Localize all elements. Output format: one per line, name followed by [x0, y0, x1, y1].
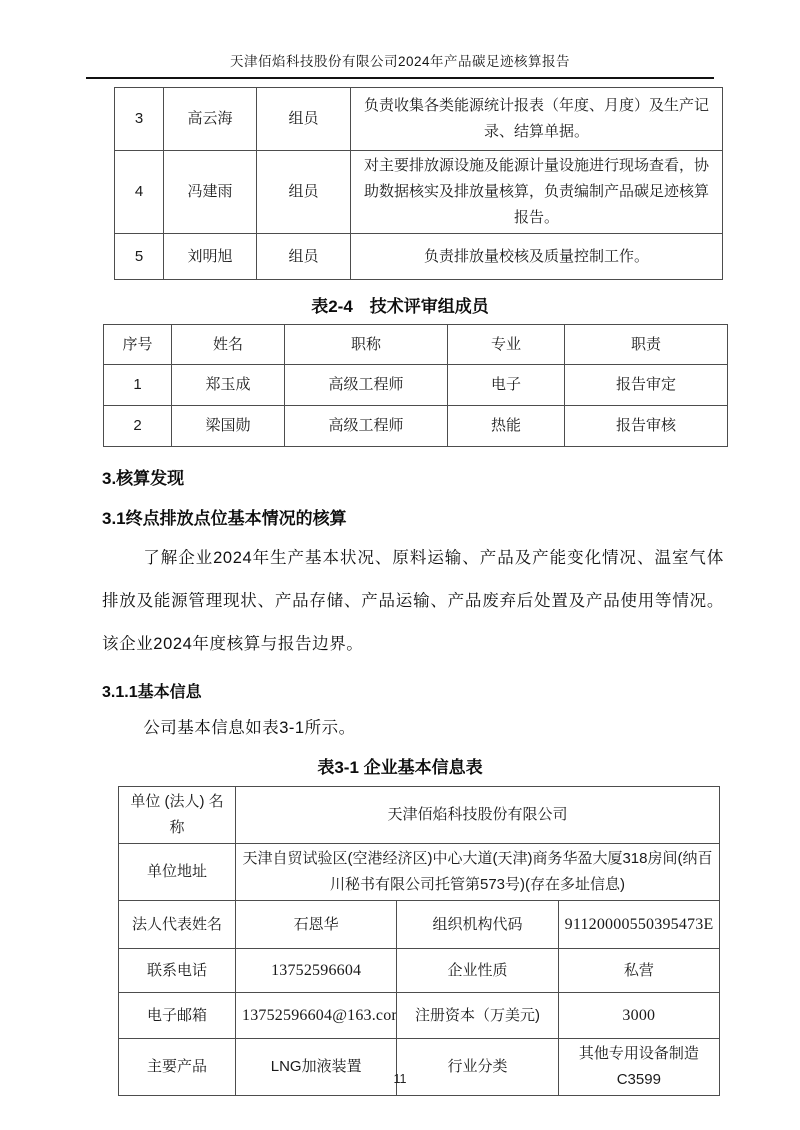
- company-info-table: 单位 (法人) 名称 天津佰焰科技股份有限公司 单位地址 天津自贸试验区(空港经…: [118, 786, 720, 1096]
- team-row-no: 4: [115, 151, 164, 234]
- company-label: 电子邮箱: [119, 993, 236, 1039]
- team-row-duty: 对主要排放源设施及能源计量设施进行现场查看，协助数据核实及排放量核算，负责编制产…: [351, 151, 723, 234]
- table-header-row: 序号 姓名 职称 专业 职责: [104, 325, 728, 365]
- company-label: 法人代表姓名: [119, 901, 236, 949]
- company-label: 主要产品: [119, 1039, 236, 1096]
- col-header-title: 职称: [285, 325, 448, 365]
- company-label: 单位 (法人) 名称: [119, 787, 236, 844]
- company-label: 组织机构代码: [397, 901, 558, 949]
- table-row: 主要产品 LNG加液装置 行业分类 其他专用设备制造C3599: [119, 1039, 720, 1096]
- review-row-title: 高级工程师: [285, 365, 448, 406]
- review-row-name: 郑玉成: [172, 365, 285, 406]
- company-label: 行业分类: [397, 1039, 558, 1096]
- review-row-title: 高级工程师: [285, 406, 448, 447]
- table-row: 2 梁国勋 高级工程师 热能 报告审核: [104, 406, 728, 447]
- team-row-name: 高云海: [164, 88, 257, 151]
- company-value: LNG加液装置: [236, 1039, 397, 1096]
- page-number: 11: [0, 1072, 800, 1086]
- review-row-no: 2: [104, 406, 172, 447]
- table-row: 电子邮箱 13752596604@163.com 注册资本（万美元) 3000: [119, 993, 720, 1039]
- company-label: 单位地址: [119, 844, 236, 901]
- table-row: 3 高云海 组员 负责收集各类能源统计报表（年度、月度）及生产记录、结算单据。: [115, 88, 723, 151]
- section-heading-findings: 3.核算发现: [102, 464, 800, 489]
- table-row: 4 冯建雨 组员 对主要排放源设施及能源计量设施进行现场查看，协助数据核实及排放…: [115, 151, 723, 234]
- table-row: 5 刘明旭 组员 负责排放量校核及质量控制工作。: [115, 234, 723, 280]
- company-value: 天津自贸试验区(空港经济区)中心大道(天津)商务华盈大厦318房间(纳百川秘书有…: [236, 844, 720, 901]
- team-row-no: 3: [115, 88, 164, 151]
- team-row-no: 5: [115, 234, 164, 280]
- review-row-duty: 报告审核: [565, 406, 728, 447]
- table-row: 联系电话 13752596604 企业性质 私营: [119, 949, 720, 993]
- company-value: 13752596604: [236, 949, 397, 993]
- team-row-name: 刘明旭: [164, 234, 257, 280]
- document-header: 天津佰焰科技股份有限公司2024年产品碳足迹核算报告: [86, 50, 714, 79]
- company-value: 私营: [558, 949, 719, 993]
- team-row-role: 组员: [257, 234, 351, 280]
- team-row-role: 组员: [257, 88, 351, 151]
- table-row: 法人代表姓名 石恩华 组织机构代码 91120000550395473E: [119, 901, 720, 949]
- body-paragraph: 了解企业2024年生产基本状况、原料运输、产品及产能变化情况、温室气体排放及能源…: [102, 537, 724, 666]
- company-value: 其他专用设备制造C3599: [558, 1039, 719, 1096]
- table-row: 单位 (法人) 名称 天津佰焰科技股份有限公司: [119, 787, 720, 844]
- company-value: 91120000550395473E: [558, 901, 719, 949]
- document-header-title: 天津佰焰科技股份有限公司2024年产品碳足迹核算报告: [230, 54, 570, 69]
- team-row-name: 冯建雨: [164, 151, 257, 234]
- col-header-name: 姓名: [172, 325, 285, 365]
- review-row-major: 热能: [448, 406, 565, 447]
- accounting-team-table: 3 高云海 组员 负责收集各类能源统计报表（年度、月度）及生产记录、结算单据。 …: [114, 87, 723, 280]
- company-label: 企业性质: [397, 949, 558, 993]
- company-label: 联系电话: [119, 949, 236, 993]
- col-header-no: 序号: [104, 325, 172, 365]
- report-page: 天津佰焰科技股份有限公司2024年产品碳足迹核算报告 3 高云海 组员 负责收集…: [0, 0, 800, 1130]
- review-row-duty: 报告审定: [565, 365, 728, 406]
- team-row-duty: 负责排放量校核及质量控制工作。: [351, 234, 723, 280]
- team-row-duty: 负责收集各类能源统计报表（年度、月度）及生产记录、结算单据。: [351, 88, 723, 151]
- review-row-no: 1: [104, 365, 172, 406]
- company-table-caption: 表3-1 企业基本信息表: [0, 753, 800, 778]
- team-row-role: 组员: [257, 151, 351, 234]
- col-header-duty: 职责: [565, 325, 728, 365]
- company-value: 3000: [558, 993, 719, 1039]
- table-row: 单位地址 天津自贸试验区(空港经济区)中心大道(天津)商务华盈大厦318房间(纳…: [119, 844, 720, 901]
- company-value: 13752596604@163.com: [236, 993, 397, 1039]
- company-label: 注册资本（万美元): [397, 993, 558, 1039]
- section-heading-emission-points: 3.1终点排放点位基本情况的核算: [102, 504, 800, 529]
- col-header-major: 专业: [448, 325, 565, 365]
- company-value: 石恩华: [236, 901, 397, 949]
- review-row-name: 梁国勋: [172, 406, 285, 447]
- basic-info-intro: 公司基本信息如表3-1所示。: [102, 714, 724, 738]
- review-row-major: 电子: [448, 365, 565, 406]
- section-heading-basic-info: 3.1.1基本信息: [102, 679, 800, 702]
- company-value: 天津佰焰科技股份有限公司: [236, 787, 720, 844]
- table-row: 1 郑玉成 高级工程师 电子 报告审定: [104, 365, 728, 406]
- review-table-caption: 表2-4 技术评审组成员: [0, 292, 800, 317]
- review-team-table: 序号 姓名 职称 专业 职责 1 郑玉成 高级工程师 电子 报告审定 2 梁国勋…: [103, 324, 728, 447]
